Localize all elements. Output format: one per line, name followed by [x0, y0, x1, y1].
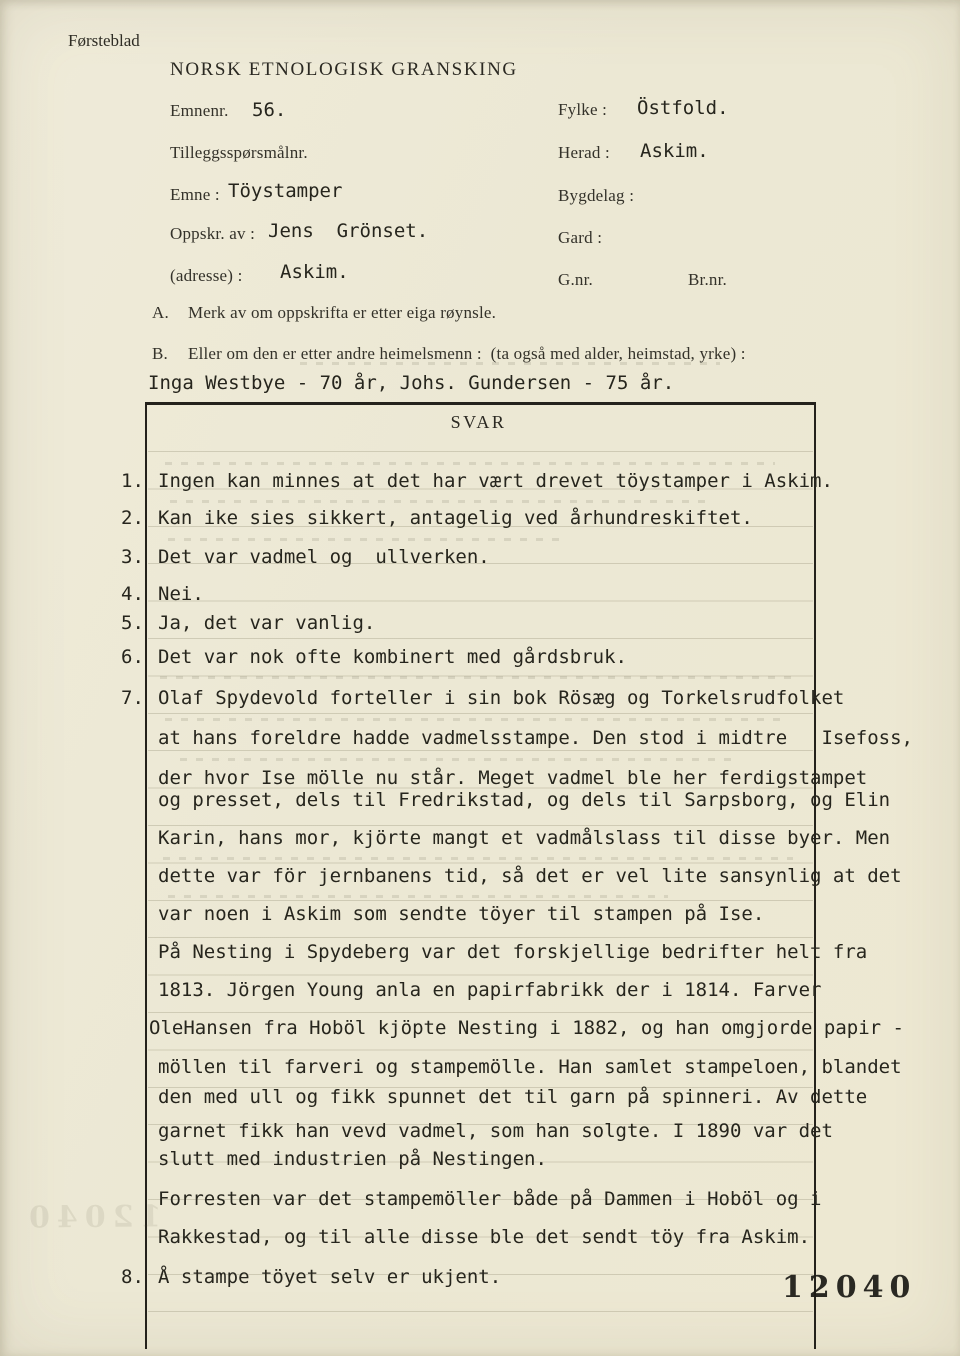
typewriter-smudge — [180, 758, 740, 761]
answer-line: var noen i Askim som sendte töyer til st… — [158, 903, 764, 925]
answer-line: Rakkestad, og til alle disse ble det sen… — [158, 1226, 810, 1248]
typewriter-smudge — [170, 500, 710, 503]
section-a-id: A. — [152, 303, 169, 323]
typewriter-smudge — [165, 462, 775, 465]
field-bygdelag-label: Bygdelag : — [558, 186, 634, 206]
informants-line: Inga Westbye - 70 år, Johs. Gundersen - … — [148, 372, 674, 394]
answer-line: og presset, dels til Fredrikstad, og del… — [158, 789, 890, 811]
answer-line: Ingen kan minnes at det har vært drevet … — [158, 470, 833, 492]
answer-line: Det var nok ofte kombinert med gårdsbruk… — [158, 646, 627, 668]
archive-stamp: 12040 — [782, 1270, 916, 1305]
field-oppskr-label: Oppskr. av : — [170, 224, 255, 244]
answer-line: Å stampe töyet selv er ukjent. — [158, 1266, 501, 1288]
org-title: NORSK ETNOLOGISK GRANSKING — [170, 59, 518, 81]
typewriter-smudge — [165, 718, 785, 721]
answer-line: 1813. Jörgen Young anla en papirfabrikk … — [158, 979, 821, 1001]
typewriter-smudge — [300, 362, 720, 365]
field-adresse-value: Askim. — [280, 261, 349, 283]
answer-line: Forresten var det stampemöller både på D… — [158, 1188, 821, 1210]
typewriter-smudge — [168, 538, 568, 541]
answer-number: 8. — [121, 1266, 144, 1288]
answer-line: Nei. — [158, 583, 204, 605]
field-herad-label: Herad : — [558, 143, 610, 163]
answer-line: Kan ike sies sikkert, antagelig ved århu… — [158, 507, 753, 529]
answer-line: Det var vadmel og ullverken. — [158, 546, 490, 568]
answer-number: 3. — [121, 546, 144, 568]
field-oppskr-value: Jens Grönset. — [268, 220, 428, 242]
answer-number: 5. — [121, 612, 144, 634]
answer-number: 1. — [121, 470, 144, 492]
field-fylke-label: Fylke : — [558, 100, 607, 120]
scanned-form-page: Førsteblad NORSK ETNOLOGISK GRANSKING Em… — [0, 0, 960, 1356]
answer-line: Ja, det var vanlig. — [158, 612, 375, 634]
section-a-text: Merk av om oppskrifta er etter eiga røyn… — [188, 303, 496, 323]
answer-line: garnet fikk han vevd vadmel, som han sol… — [158, 1120, 833, 1142]
field-emnenr-value: 56. — [252, 99, 286, 121]
typewriter-smudge — [168, 895, 668, 898]
section-b-id: B. — [152, 344, 168, 364]
svar-title: SVAR — [145, 412, 812, 433]
answer-line: der hvor Ise mölle nu står. Meget vadmel… — [158, 767, 867, 789]
answer-number: 4. — [121, 583, 144, 605]
answer-line: OleHansen fra Hoböl kjöpte Nesting i 188… — [149, 1017, 904, 1039]
field-tilleggs-label: Tilleggsspørsmålnr. — [170, 143, 308, 163]
field-emne-value: Töystamper — [228, 180, 342, 202]
answer-number: 7. — [121, 687, 144, 709]
typewriter-smudge — [163, 857, 793, 860]
field-fylke-value: Östfold. — [637, 97, 729, 119]
answer-line: Olaf Spydevold forteller i sin bok Rösæg… — [158, 687, 844, 709]
section-b-text: Eller om den er etter andre heimelsmenn … — [188, 344, 746, 364]
answer-line: dette var för jernbanens tid, så det er … — [158, 865, 902, 887]
answer-number: 2. — [121, 507, 144, 529]
answer-line: Karin, hans mor, kjörte mangt et vadmåls… — [158, 827, 890, 849]
field-gard-label: Gard : — [558, 228, 602, 248]
field-emne-label: Emne : — [170, 185, 220, 205]
field-adresse-label: (adresse) : — [170, 266, 243, 286]
answer-line: möllen til farveri og stampemölle. Han s… — [158, 1056, 902, 1078]
field-brnr-label: Br.nr. — [688, 270, 727, 290]
answer-line: at hans foreldre hadde vadmelsstampe. De… — [158, 727, 913, 749]
field-herad-value: Askim. — [640, 140, 709, 162]
typewriter-smudge — [160, 676, 795, 679]
answer-line: den med ull og fikk spunnet det til garn… — [158, 1086, 867, 1108]
bleed-through-number: 12040 — [22, 1199, 162, 1235]
answer-number: 6. — [121, 646, 144, 668]
answer-line: På Nesting i Spydeberg var det forskjell… — [158, 941, 867, 963]
corner-label: Førsteblad — [68, 31, 140, 51]
answer-line: slutt med industrien på Nestingen. — [158, 1148, 547, 1170]
field-gnr-label: G.nr. — [558, 270, 593, 290]
field-emnenr-label: Emnenr. — [170, 101, 229, 121]
